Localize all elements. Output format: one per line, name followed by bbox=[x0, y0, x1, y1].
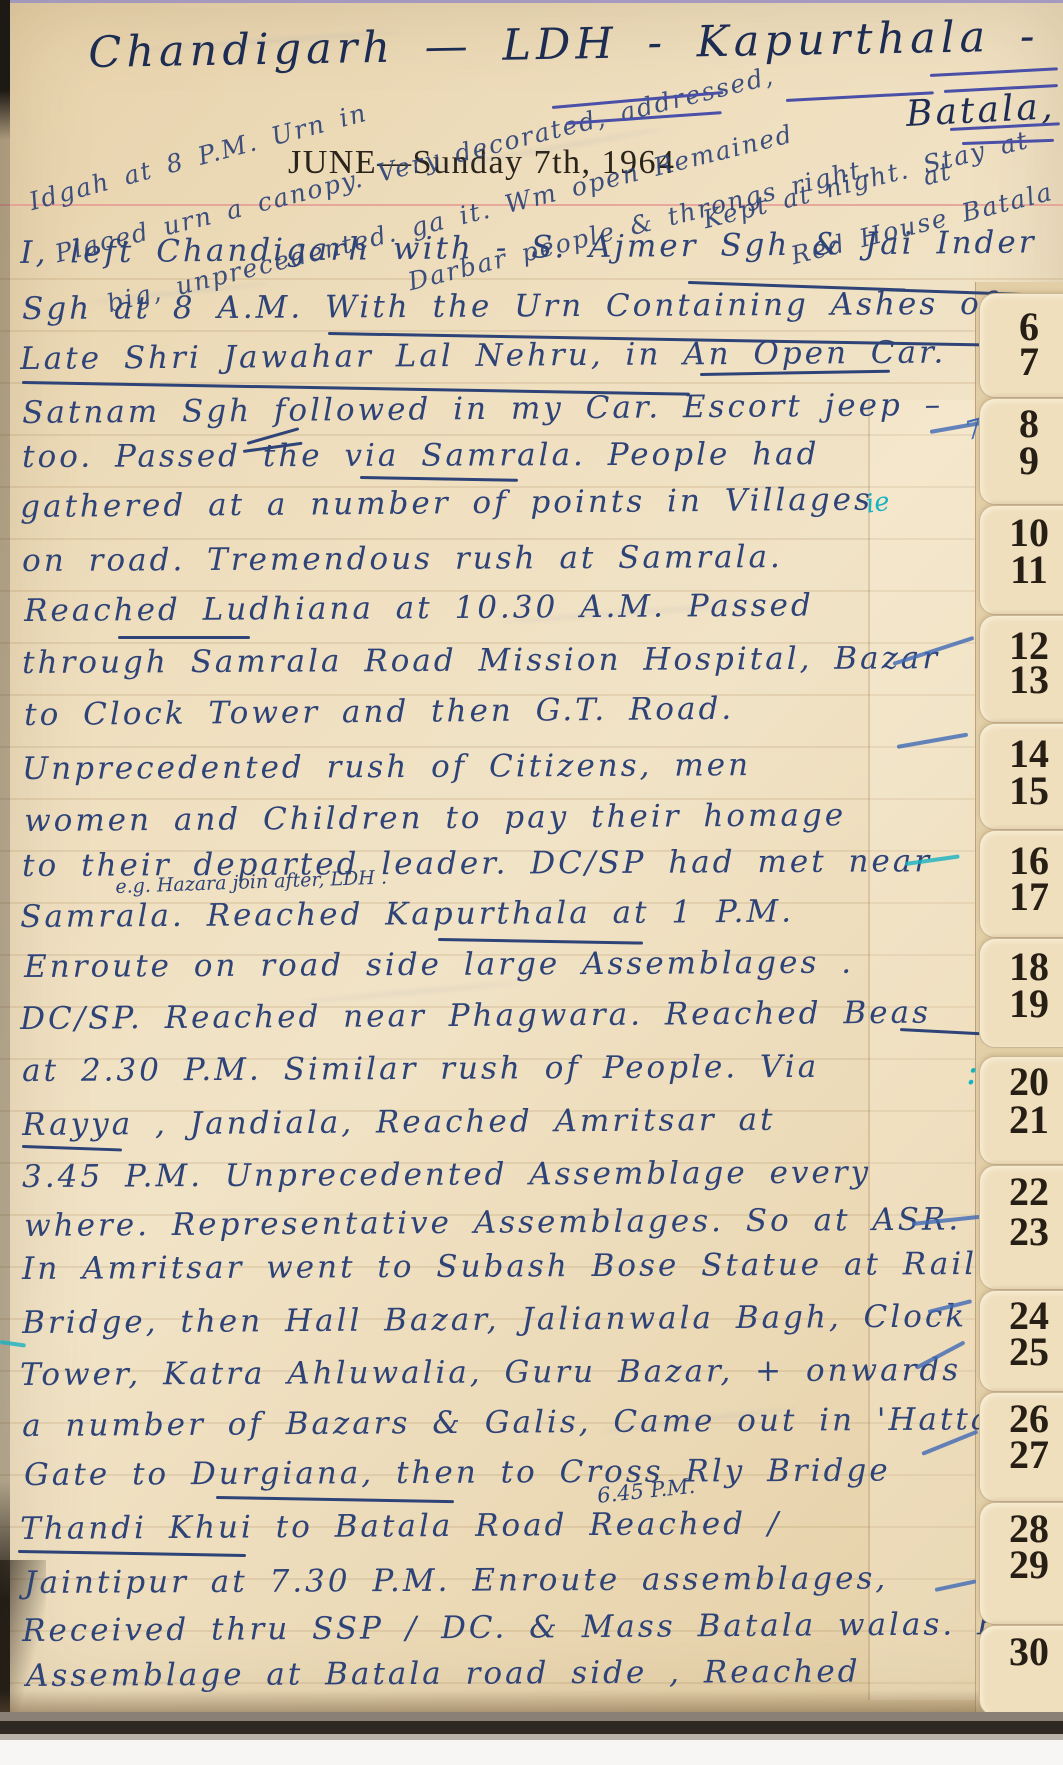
handwritten-line: Jaintipur at 7.30 P.M. Enroute assemblag… bbox=[24, 1557, 888, 1604]
handwritten-line: Assemblage at Batala road side , Reached bbox=[26, 1651, 861, 1697]
scan-background-edge bbox=[0, 1734, 1063, 1740]
handwritten-line: Enroute on road side large Assemblages . bbox=[24, 942, 854, 988]
date-tab-number: 30 bbox=[1000, 1630, 1058, 1674]
ink-underline bbox=[18, 1550, 246, 1557]
ink-underline bbox=[118, 636, 250, 639]
handwritten-line: Gate to Durgiana, then to Cross Rly Brid… bbox=[24, 1449, 891, 1496]
handwritten-line: through Samrala Road Mission Hospital, B… bbox=[22, 637, 940, 684]
date-tab-number: 7 bbox=[1000, 340, 1058, 384]
handwritten-line: a number of Bazars & Galis, Came out in … bbox=[22, 1398, 1004, 1447]
handwritten-line: women and Children to pay their homage bbox=[24, 794, 846, 842]
date-tab-number: 25 bbox=[1000, 1330, 1058, 1374]
under-page-edge bbox=[868, 400, 870, 1700]
under-page-band bbox=[870, 400, 975, 1700]
date-tab-number: 19 bbox=[1000, 982, 1058, 1026]
handwritten-line: on road. Tremendous rush at Samrala. bbox=[22, 536, 783, 582]
date-tab-number: 13 bbox=[1000, 658, 1058, 702]
date-tab-number: 23 bbox=[1000, 1210, 1058, 1254]
handwritten-line: where. Representative Assemblages. So at… bbox=[24, 1198, 961, 1247]
binding-left-edge bbox=[0, 0, 10, 1712]
handwritten-line: Bridge, then Hall Bazar, Jalianwala Bagh… bbox=[22, 1295, 967, 1344]
handwritten-line: at 2.30 P.M. Similar rush of People. Via bbox=[22, 1046, 819, 1092]
handwritten-line: too. Passed the via Samrala. People had bbox=[22, 433, 820, 478]
handwritten-line: Rayya , Jandiala, Reached Amritsar at bbox=[22, 1099, 776, 1146]
handwritten-line: DC/SP. Reached near Phagwara. Reached Be… bbox=[20, 992, 931, 1040]
handwritten-line: In Amritsar went to Subash Bose Statue a… bbox=[22, 1243, 1049, 1290]
handwritten-line: Unprecedented rush of Citizens, men bbox=[22, 744, 751, 790]
diary-scan: Chandigarh — LDH - Kapurthala - Asr Bata… bbox=[0, 0, 1063, 1765]
date-tab-number: 22 bbox=[1000, 1170, 1058, 1214]
handwritten-line: Tower, Katra Ahluwalia, Guru Bazar, + on… bbox=[20, 1349, 961, 1396]
book-cover-edge bbox=[0, 1721, 1063, 1734]
handwritten-note: ie bbox=[864, 487, 892, 520]
date-tab-number: 9 bbox=[1000, 439, 1058, 483]
handwritten-line: Sgh at 8 A.M. With the Urn Containing As… bbox=[22, 283, 996, 330]
handwritten-note: : bbox=[966, 1052, 978, 1093]
ink-underline bbox=[216, 1496, 454, 1503]
handwritten-line: Received thru SSP / DC. & Mass Batala wa… bbox=[22, 1603, 1039, 1652]
handwritten-line: Thandi Khui to Batala Road Reached / bbox=[20, 1503, 781, 1550]
scan-top-edge bbox=[0, 0, 1063, 3]
handwritten-line: 3.45 P.M. Unprecedented Assemblage every bbox=[22, 1152, 871, 1198]
handwritten-line: gathered at a number of points in Villag… bbox=[20, 479, 873, 528]
handwritten-line: Samrala. Reached Kapurthala at 1 P.M. bbox=[20, 891, 794, 938]
ink-underline bbox=[22, 1145, 122, 1151]
handwritten-line: to Clock Tower and then G.T. Road. bbox=[24, 688, 734, 736]
diary-page: Chandigarh — LDH - Kapurthala - Asr Bata… bbox=[0, 0, 1063, 1712]
date-tab-number: 17 bbox=[1000, 875, 1058, 919]
ink-underline bbox=[930, 67, 1058, 77]
date-tab-number: 15 bbox=[1000, 769, 1058, 813]
date-tab-number: 29 bbox=[1000, 1543, 1058, 1587]
ink-underline bbox=[360, 476, 518, 482]
date-tab-number: 11 bbox=[1000, 548, 1058, 592]
date-tab-number: 27 bbox=[1000, 1433, 1058, 1477]
handwritten-line: Reached Ludhiana at 10.30 A.M. Passed bbox=[24, 584, 814, 632]
date-tab-number: 21 bbox=[1000, 1098, 1058, 1142]
book-edge-highlight bbox=[0, 1712, 1063, 1721]
